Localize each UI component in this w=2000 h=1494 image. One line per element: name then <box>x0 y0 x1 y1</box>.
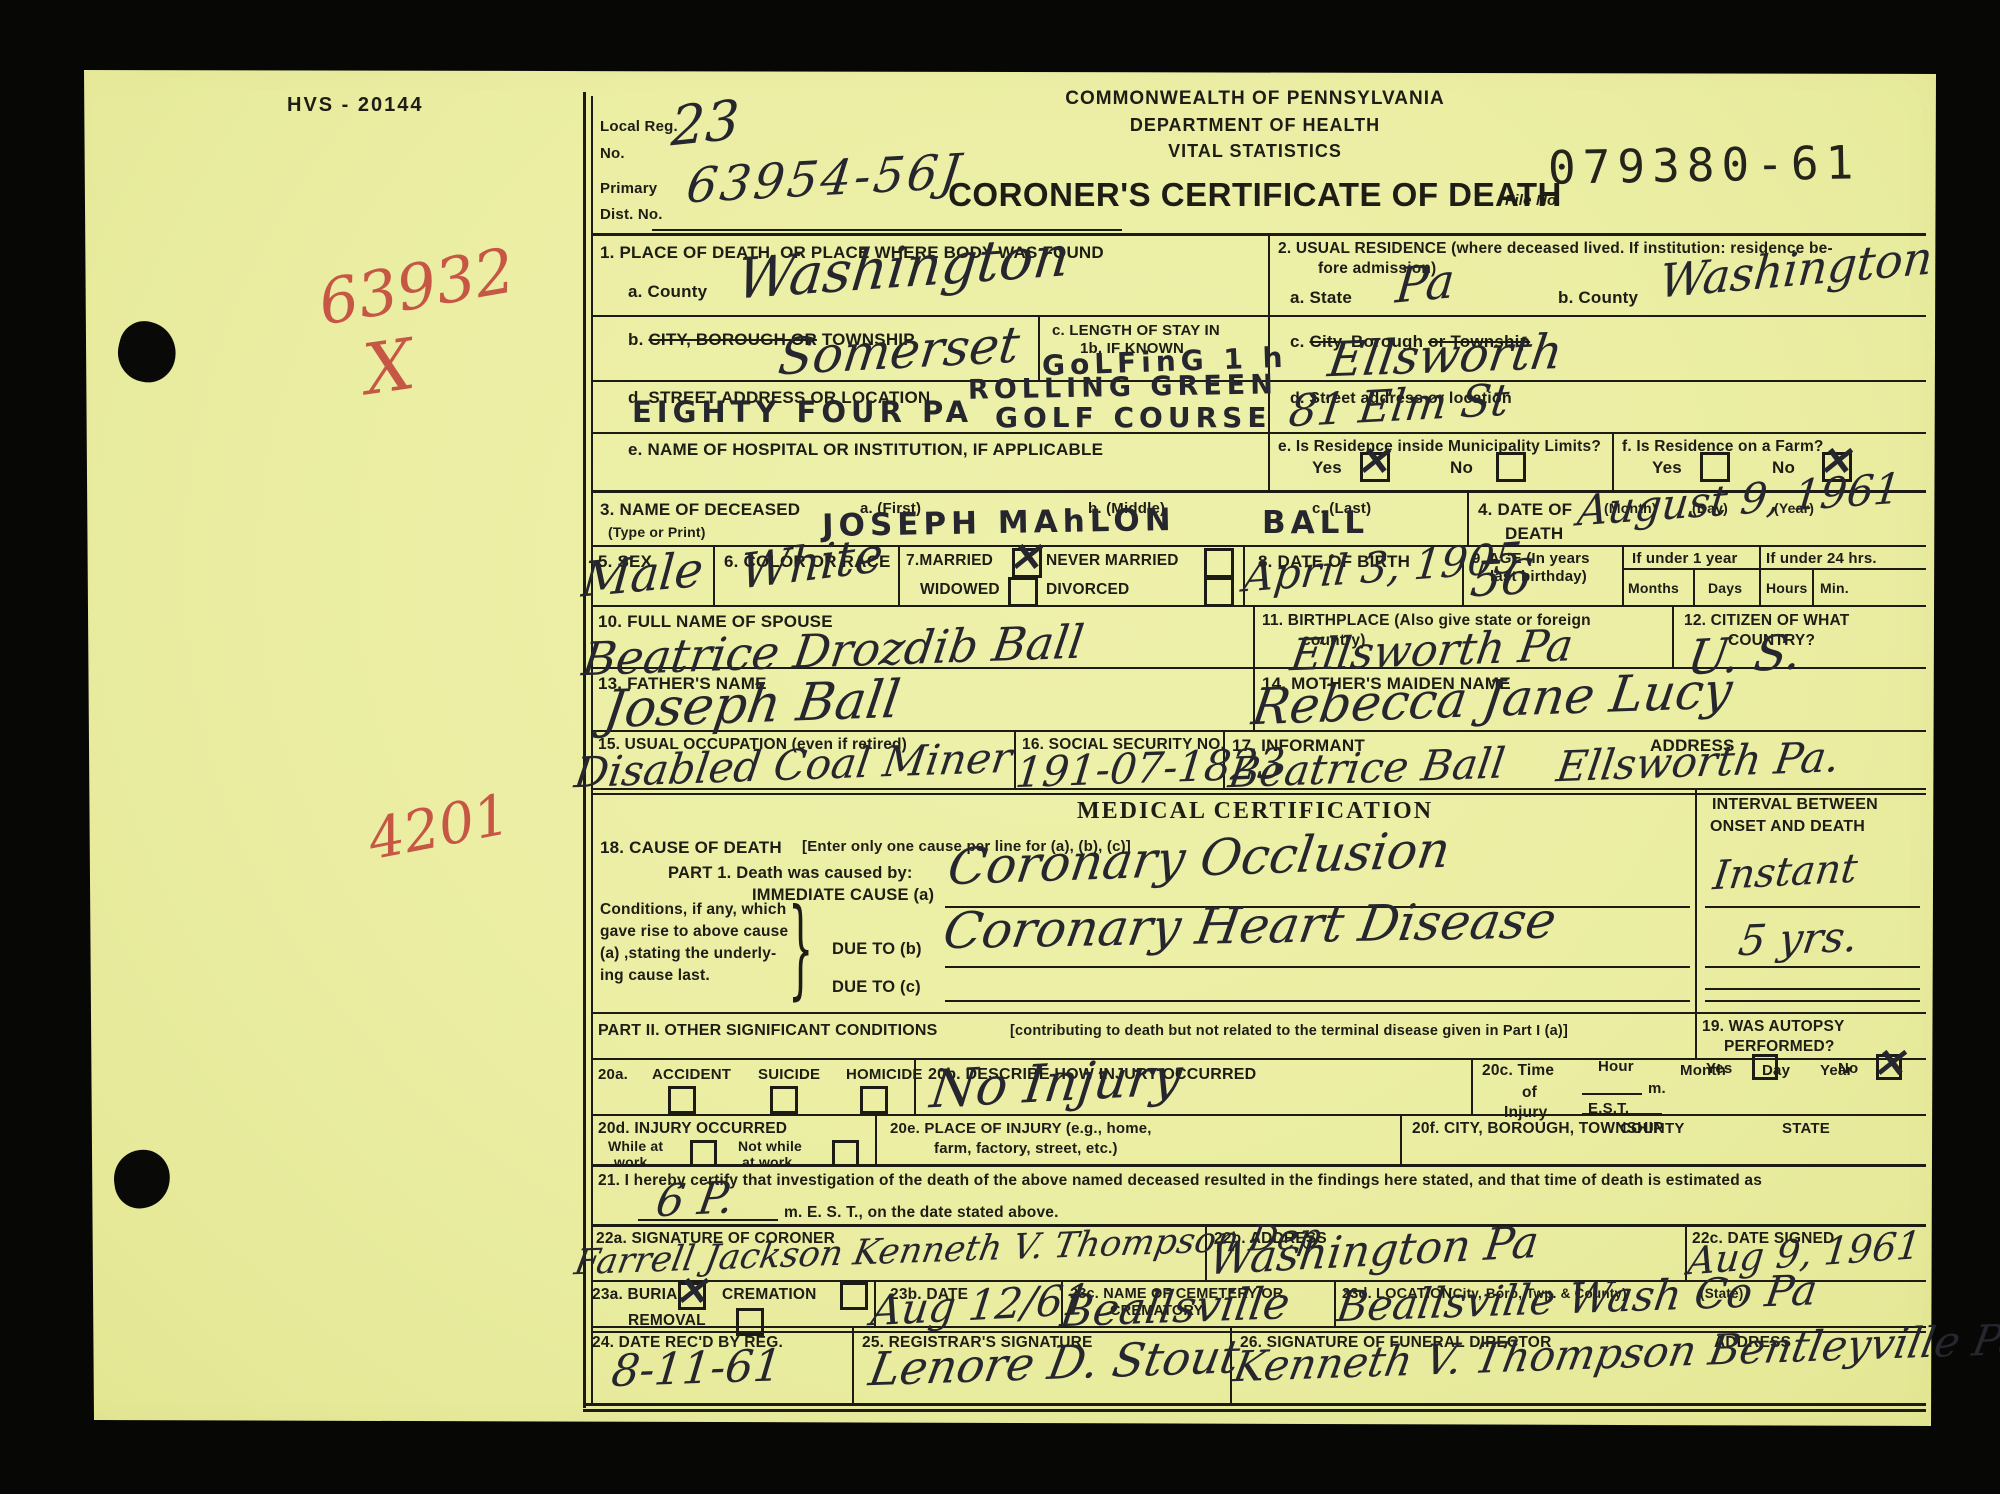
dist-no-label: Dist. No. <box>600 206 663 223</box>
s7-divorced-label: DIVORCED <box>1046 581 1129 599</box>
form-code-stamp: HVS - 20144 <box>287 94 424 117</box>
primary-label: Primary <box>600 180 657 197</box>
s23a-cremation-label: CREMATION <box>722 1286 817 1304</box>
part2-label: PART II. OTHER SIGNIFICANT CONDITIONS <box>598 1022 938 1040</box>
s1d-value: EIGHTY FOUR PA <box>632 398 973 427</box>
s21-certify-text2: m. E. S. T., on the date stated above. <box>784 1204 1059 1222</box>
checkbox-not-while-at-work[interactable] <box>832 1140 859 1167</box>
part2-note: [contributing to death but not related t… <box>1010 1023 1568 1039</box>
checkbox-homicide[interactable] <box>860 1086 888 1114</box>
s20c-hour-label: Hour <box>1598 1058 1634 1075</box>
sex-value: Male <box>580 545 705 604</box>
s20c-est-label: E.S.T. <box>1588 1100 1629 1117</box>
s20f-state-label: STATE <box>1782 1120 1830 1137</box>
s2e-label: e. Is Residence inside Municipality Limi… <box>1278 438 1601 456</box>
s7-never-married-label: NEVER MARRIED <box>1046 552 1179 570</box>
checkbox-removal[interactable] <box>736 1308 764 1336</box>
s1c-label: c. LENGTH OF STAY IN <box>1052 322 1220 339</box>
s23a-label: 23a. BURIAL <box>592 1286 687 1304</box>
s19-label: 19. WAS AUTOPSY <box>1702 1018 1845 1036</box>
s20e-label: 20e. PLACE OF INJURY (e.g., home, <box>890 1120 1152 1137</box>
checkbox-residence-inside-yes[interactable]: ✕ <box>1360 452 1390 482</box>
checkbox-autopsy-no[interactable]: ✕ <box>1876 1054 1902 1080</box>
checkbox-residence-inside-no[interactable] <box>1496 452 1526 482</box>
s20c-day-label: Day <box>1762 1062 1790 1079</box>
informant-value: Beatrice Ball <box>1226 742 1507 794</box>
interval-a-value: Instant <box>1711 848 1860 896</box>
local-reg-no-label: No. <box>600 145 625 162</box>
s18-conditions-note2: gave rise to above cause <box>600 923 788 941</box>
s1e-label: e. NAME OF HOSPITAL OR INSTITUTION, IF A… <box>628 440 1103 460</box>
s18-due-to-c-label: DUE TO (c) <box>832 978 921 997</box>
s20d-notwhile-label1: Not while <box>738 1138 802 1154</box>
s20c-month-label: Month <box>1680 1062 1726 1079</box>
checkbox-suicide[interactable] <box>770 1086 798 1114</box>
local-reg-label: Local Reg. <box>600 118 678 135</box>
checkbox-married[interactable]: ✕ <box>1012 548 1042 578</box>
s9-under24-label: If under 24 hrs. <box>1766 550 1877 567</box>
s20a-label: 20a. <box>598 1066 628 1083</box>
s2e-no-label: No <box>1450 458 1473 478</box>
s18-label: 18. CAUSE OF DEATH <box>600 838 782 858</box>
s21-certify-text: 21. I hereby certify that investigation … <box>598 1172 1762 1190</box>
time-of-death-value: 6 P. <box>653 1176 737 1224</box>
checkbox-widowed[interactable] <box>1008 577 1038 607</box>
s2c-value: Ellsworth <box>1325 328 1565 384</box>
s9-months-label: Months <box>1628 580 1679 596</box>
s9-hours-label: Hours <box>1766 580 1807 596</box>
s23a-removal-label: REMOVAL <box>628 1312 706 1330</box>
s20c-of-label: of <box>1522 1084 1537 1102</box>
injury-description-value: No Injury <box>928 1051 1185 1117</box>
s2e-yes-label: Yes <box>1312 458 1342 478</box>
s19-label2: PERFORMED? <box>1724 1038 1835 1056</box>
org-line2: DEPARTMENT OF HEALTH <box>940 115 1570 136</box>
interval-label2: ONSET AND DEATH <box>1710 818 1865 836</box>
s2f-yes-label: Yes <box>1652 458 1682 478</box>
s20e-label2: farm, factory, street, etc.) <box>934 1140 1118 1157</box>
checkbox-cremation[interactable] <box>840 1282 868 1310</box>
s1a-label: a. County <box>628 282 707 302</box>
s1d-value-line3: GOLF COURSE <box>995 404 1271 432</box>
s2b-label: b. County <box>1558 288 1638 308</box>
s2a-value: Pa <box>1394 257 1457 311</box>
s20d-while-label1: While at <box>608 1138 663 1154</box>
s9-under1-label: If under 1 year <box>1632 550 1738 567</box>
s18-conditions-note1: Conditions, if any, which <box>600 901 786 919</box>
s20d-while-label2: work <box>614 1154 647 1170</box>
file-no-value: 079380-61 <box>1548 139 1861 190</box>
checkbox-burial[interactable]: ✕ <box>678 1282 706 1310</box>
s20c-m-label: m. <box>1648 1080 1666 1097</box>
s18-conditions-note3: (a) ,stating the underly- <box>600 945 776 963</box>
org-line3: VITAL STATISTICS <box>940 141 1570 162</box>
cause-b-value: Coronary Heart Disease <box>940 895 1560 956</box>
s20a-accident-label: ACCIDENT <box>652 1066 731 1083</box>
cemetery-value: Beallsville <box>1058 1282 1293 1334</box>
conditions-brace: } <box>788 896 813 1004</box>
informant-address-value: Ellsworth Pa. <box>1554 736 1842 788</box>
date-received-value: 8-11-61 <box>609 1344 783 1394</box>
s20f-county-label: COUNTY <box>1620 1120 1685 1137</box>
interval-b-value: 5 yrs. <box>1736 916 1861 962</box>
s20c-year-label: Year <box>1820 1062 1853 1079</box>
red-annotation-x: X <box>359 329 418 405</box>
local-reg-value: 23 <box>670 93 740 155</box>
checkbox-accident[interactable] <box>668 1086 696 1114</box>
checkbox-while-at-work[interactable] <box>690 1140 717 1167</box>
registrar-signature: Lenore D. Stout <box>866 1333 1243 1392</box>
deceased-last: BALL <box>1262 508 1369 539</box>
s20a-suicide-label: SUICIDE <box>758 1066 820 1083</box>
father-value: Joseph Ball <box>601 674 904 737</box>
s2a-label: a. State <box>1290 288 1352 308</box>
s18-part1-label: PART 1. Death was caused by: <box>668 864 913 883</box>
s2d-value: 81 Elm St <box>1287 379 1512 435</box>
interval-label1: INTERVAL BETWEEN <box>1712 796 1878 814</box>
org-line1: COMMONWEALTH OF PENNSYLVANIA <box>940 88 1570 110</box>
s1b-value: Somerset <box>776 319 1022 382</box>
s9-days-label: Days <box>1708 580 1742 596</box>
dist-no-value: 63954-56J <box>684 148 966 211</box>
s3-type-label: (Type or Print) <box>608 524 706 540</box>
checkbox-never-married[interactable] <box>1204 548 1234 578</box>
s7-married-label: 7.MARRIED <box>906 552 993 570</box>
s20a-homicide-label: HOMICIDE <box>846 1066 923 1083</box>
checkbox-divorced[interactable] <box>1204 577 1234 607</box>
scanned-death-certificate: 63932 X 4201 HVS - 20144 Local Reg. No. … <box>0 0 2000 1494</box>
age-value: 56 <box>1468 553 1535 605</box>
s18-conditions-note4: ing cause last. <box>600 967 710 985</box>
s9-min-label: Min. <box>1820 580 1849 596</box>
certificate-title: CORONER'S CERTIFICATE OF DEATH <box>925 176 1585 214</box>
s20d-label: 20d. INJURY OCCURRED <box>598 1120 787 1138</box>
s3-title: 3. NAME OF DECEASED <box>600 500 800 520</box>
s7-widowed-label: WIDOWED <box>920 581 1000 599</box>
s1d-value-line2: ROLLING GREEN <box>968 371 1278 403</box>
s18-due-to-b-label: DUE TO (b) <box>832 940 922 959</box>
s20c-label: 20c. Time <box>1482 1062 1554 1080</box>
s20d-notwhile-label2: at work <box>742 1154 792 1170</box>
s4-label: 4. DATE OF <box>1478 500 1572 520</box>
